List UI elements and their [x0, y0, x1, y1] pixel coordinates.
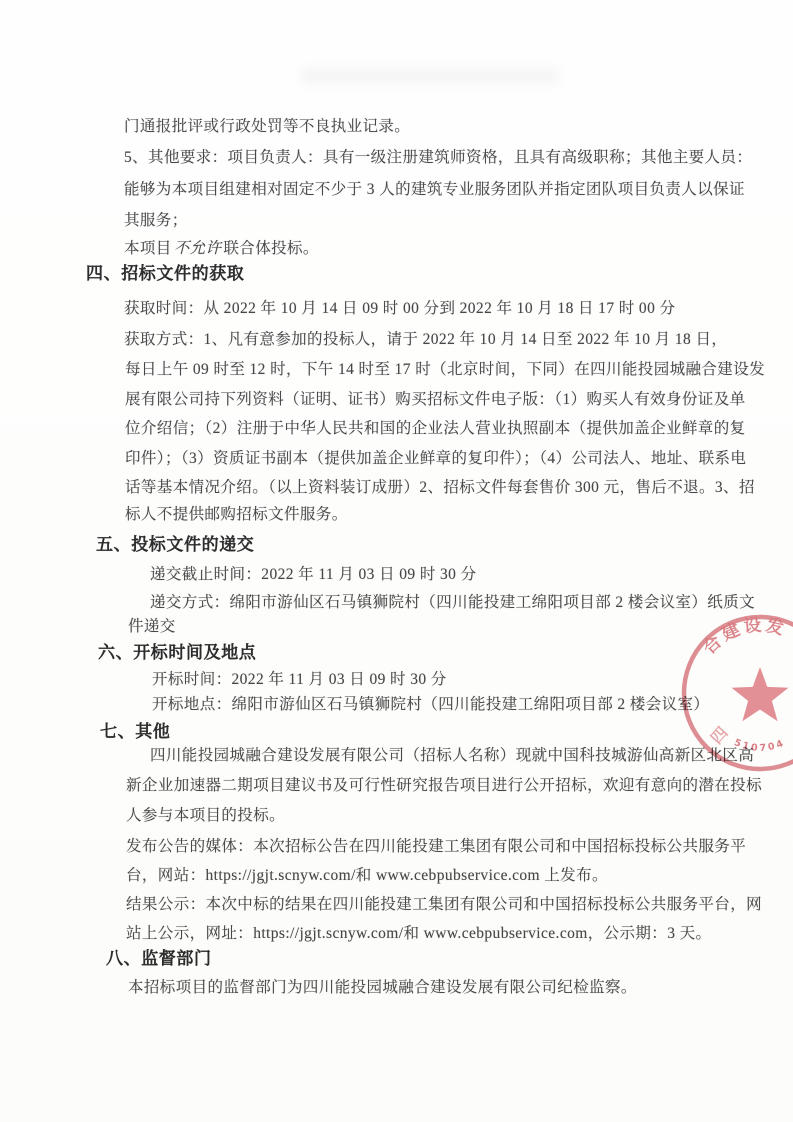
company-seal: 合建设发 四 5107045 — [672, 606, 793, 796]
text-line: 5、其他要求：项目负责人：具有一级注册建筑师资格，且具有高级职称；其他主要人员： — [124, 149, 752, 166]
text-line: 件递交 — [128, 618, 176, 635]
text-line: 递交截止时间：2022 年 11 月 03 日 09 时 30 分 — [150, 566, 477, 583]
text-line: 本招标项目的监督部门为四川能投园城融合建设发展有限公司纪检监察。 — [128, 979, 637, 996]
text-line: 开标时间：2022 年 11 月 03 日 09 时 30 分 — [152, 671, 447, 688]
text-line: 发布公告的媒体：本次招标公告在四川能投建工集团有限公司和中国招标投标公共服务平 — [126, 838, 746, 855]
text-line: 每日上午 09 时至 12 时，下午 14 时至 17 时（北京时间，下同）在四… — [125, 361, 765, 378]
text-line: 能够为本项目组建相对固定不少于 3 人的建筑专业服务团队并指定团队项目负责人以保… — [124, 181, 745, 198]
seal-ring-text: 合建设发 — [699, 614, 789, 658]
seal-star-icon — [732, 667, 789, 721]
section-heading-5: 五、投标文件的递交 — [96, 535, 254, 554]
no-jv-suffix: 联合体投标。 — [223, 240, 318, 257]
text-line: 结果公示：本次中标的结果在四川能投建工集团有限公司和中国招标投标公共服务平台，网 — [126, 896, 762, 913]
text-line-no-joint-venture: 本项目不允许联合体投标。 — [124, 240, 319, 257]
text-line: 四川能投园城融合建设发展有限公司（招标人名称）现就中国科技城游仙高新区北区高 — [150, 747, 754, 764]
text-line: 话等基本情况介绍。（以上资料装订成册）2、招标文件每套售价 300 元，售后不退… — [125, 479, 755, 496]
text-line: 站上公示，网址：https://jgjt.scnyw.com/和 www.ceb… — [126, 925, 711, 942]
section-heading-7: 七、其他 — [100, 722, 170, 741]
document-page: 门通报批评或行政处罚等不良执业记录。 5、其他要求：项目负责人：具有一级注册建筑… — [0, 0, 793, 1122]
scan-artifact — [300, 68, 560, 84]
seal-ring-partial-char: 四 — [708, 724, 732, 748]
section-heading-6: 六、开标时间及地点 — [98, 643, 256, 662]
text-line: 获取方式：1、凡有意参加的投标人，请于 2022 年 10 月 14 日至 20… — [124, 331, 727, 348]
text-line: 印件）；（3）资质证书副本（提供加盖企业鲜章的复印件）；（4）公司法人、地址、联… — [125, 450, 746, 467]
text-line: 获取时间：从 2022 年 10 月 14 日 09 时 00 分到 2022 … — [124, 300, 675, 317]
text-line: 新企业加速器二期项目建议书及可行性研究报告项目进行公开招标，欢迎有意向的潜在投标 — [126, 777, 762, 794]
no-jv-prefix: 本项目 — [124, 240, 172, 257]
section-heading-4: 四、招标文件的获取 — [86, 264, 244, 283]
text-line: 人参与本项目的投标。 — [126, 807, 285, 824]
section-heading-8: 八、监督部门 — [106, 949, 212, 968]
text-line: 开标地点：绵阳市游仙区石马镇狮院村（四川能投建工绵阳项目部 2 楼会议室） — [152, 696, 709, 713]
text-line: 位介绍信；（2）注册于中华人民共和国的企业法人营业执照副本（提供加盖企业鲜章的复 — [125, 420, 746, 437]
text-line: 台，网站：https://jgjt.scnyw.com/和 www.cebpub… — [126, 867, 608, 884]
text-line: 门通报批评或行政处罚等不良执业记录。 — [124, 118, 410, 135]
text-line: 展有限公司持下列资料（证明、证书）购买招标文件电子版：（1）购买人有效身份证及单 — [125, 391, 746, 408]
text-line: 标人不提供邮购招标文件服务。 — [125, 506, 348, 523]
text-line: 递交方式：绵阳市游仙区石马镇狮院村（四川能投建工绵阳项目部 2 楼会议室）纸质文 — [150, 594, 755, 611]
text-line: 其服务； — [124, 212, 188, 229]
no-jv-emphasis: 不允许 — [172, 240, 224, 257]
